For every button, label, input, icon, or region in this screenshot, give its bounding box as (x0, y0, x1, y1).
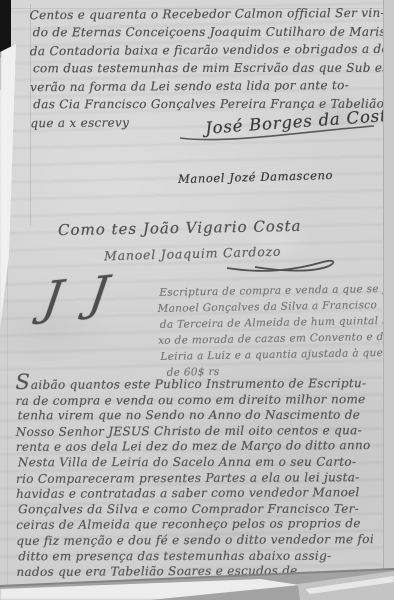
scanned-manuscript-page: Centos e quarenta o Recebedor Calmon off… (0, 0, 394, 600)
handwritten-line: ra de compra e venda ou como em direito … (16, 392, 382, 410)
signature-flourish (178, 118, 378, 144)
handwritten-line: do de Eternas Conceiçoens Joaquim Cutilh… (33, 23, 385, 42)
handwritten-line: verão na forma da Lei sendo esta lida po… (30, 76, 382, 96)
handwritten-line: Centos e quarenta o Recebedor Calmon off… (30, 4, 382, 24)
handwritten-line: havidas e contratadas a saber como vende… (16, 485, 382, 503)
body-paragraph: Saibão quantos este Publico Instrumento … (15, 373, 382, 581)
adjacent-page-edge-right (383, 0, 394, 600)
handwritten-line: que fiz menção e dou fé e sendo o ditto … (16, 532, 382, 550)
handwritten-line: ditto em presença das testemunhas abaixo… (18, 548, 384, 564)
name-flourish (225, 250, 340, 276)
handwritten-line: Gonçalves da Silva e como Comprador Fran… (18, 501, 384, 517)
handwritten-line: renta e aos dela Lei dez do mez de Março… (16, 438, 382, 456)
handwritten-line: Nesta Villa de Leiria do Sacelo Anna em … (18, 455, 384, 471)
handwritten-line: ceiras de Almeida que reconheço pelos os… (16, 516, 382, 534)
handwritten-line: tenha virem que no Sendo no Anno do Nasc… (18, 408, 384, 424)
handwritten-line: Saibão quantos este Publico Instrumento … (15, 373, 381, 394)
handwritten-line: da Contadoria baixa e ficarão vendidos e… (30, 40, 382, 60)
margin-summary: Escriptura de compra e venda a que se fe… (157, 281, 379, 381)
handwritten-line: com duas testemunhas de mim Escrivão das… (33, 59, 385, 78)
notary-paraph: J J (39, 265, 118, 326)
